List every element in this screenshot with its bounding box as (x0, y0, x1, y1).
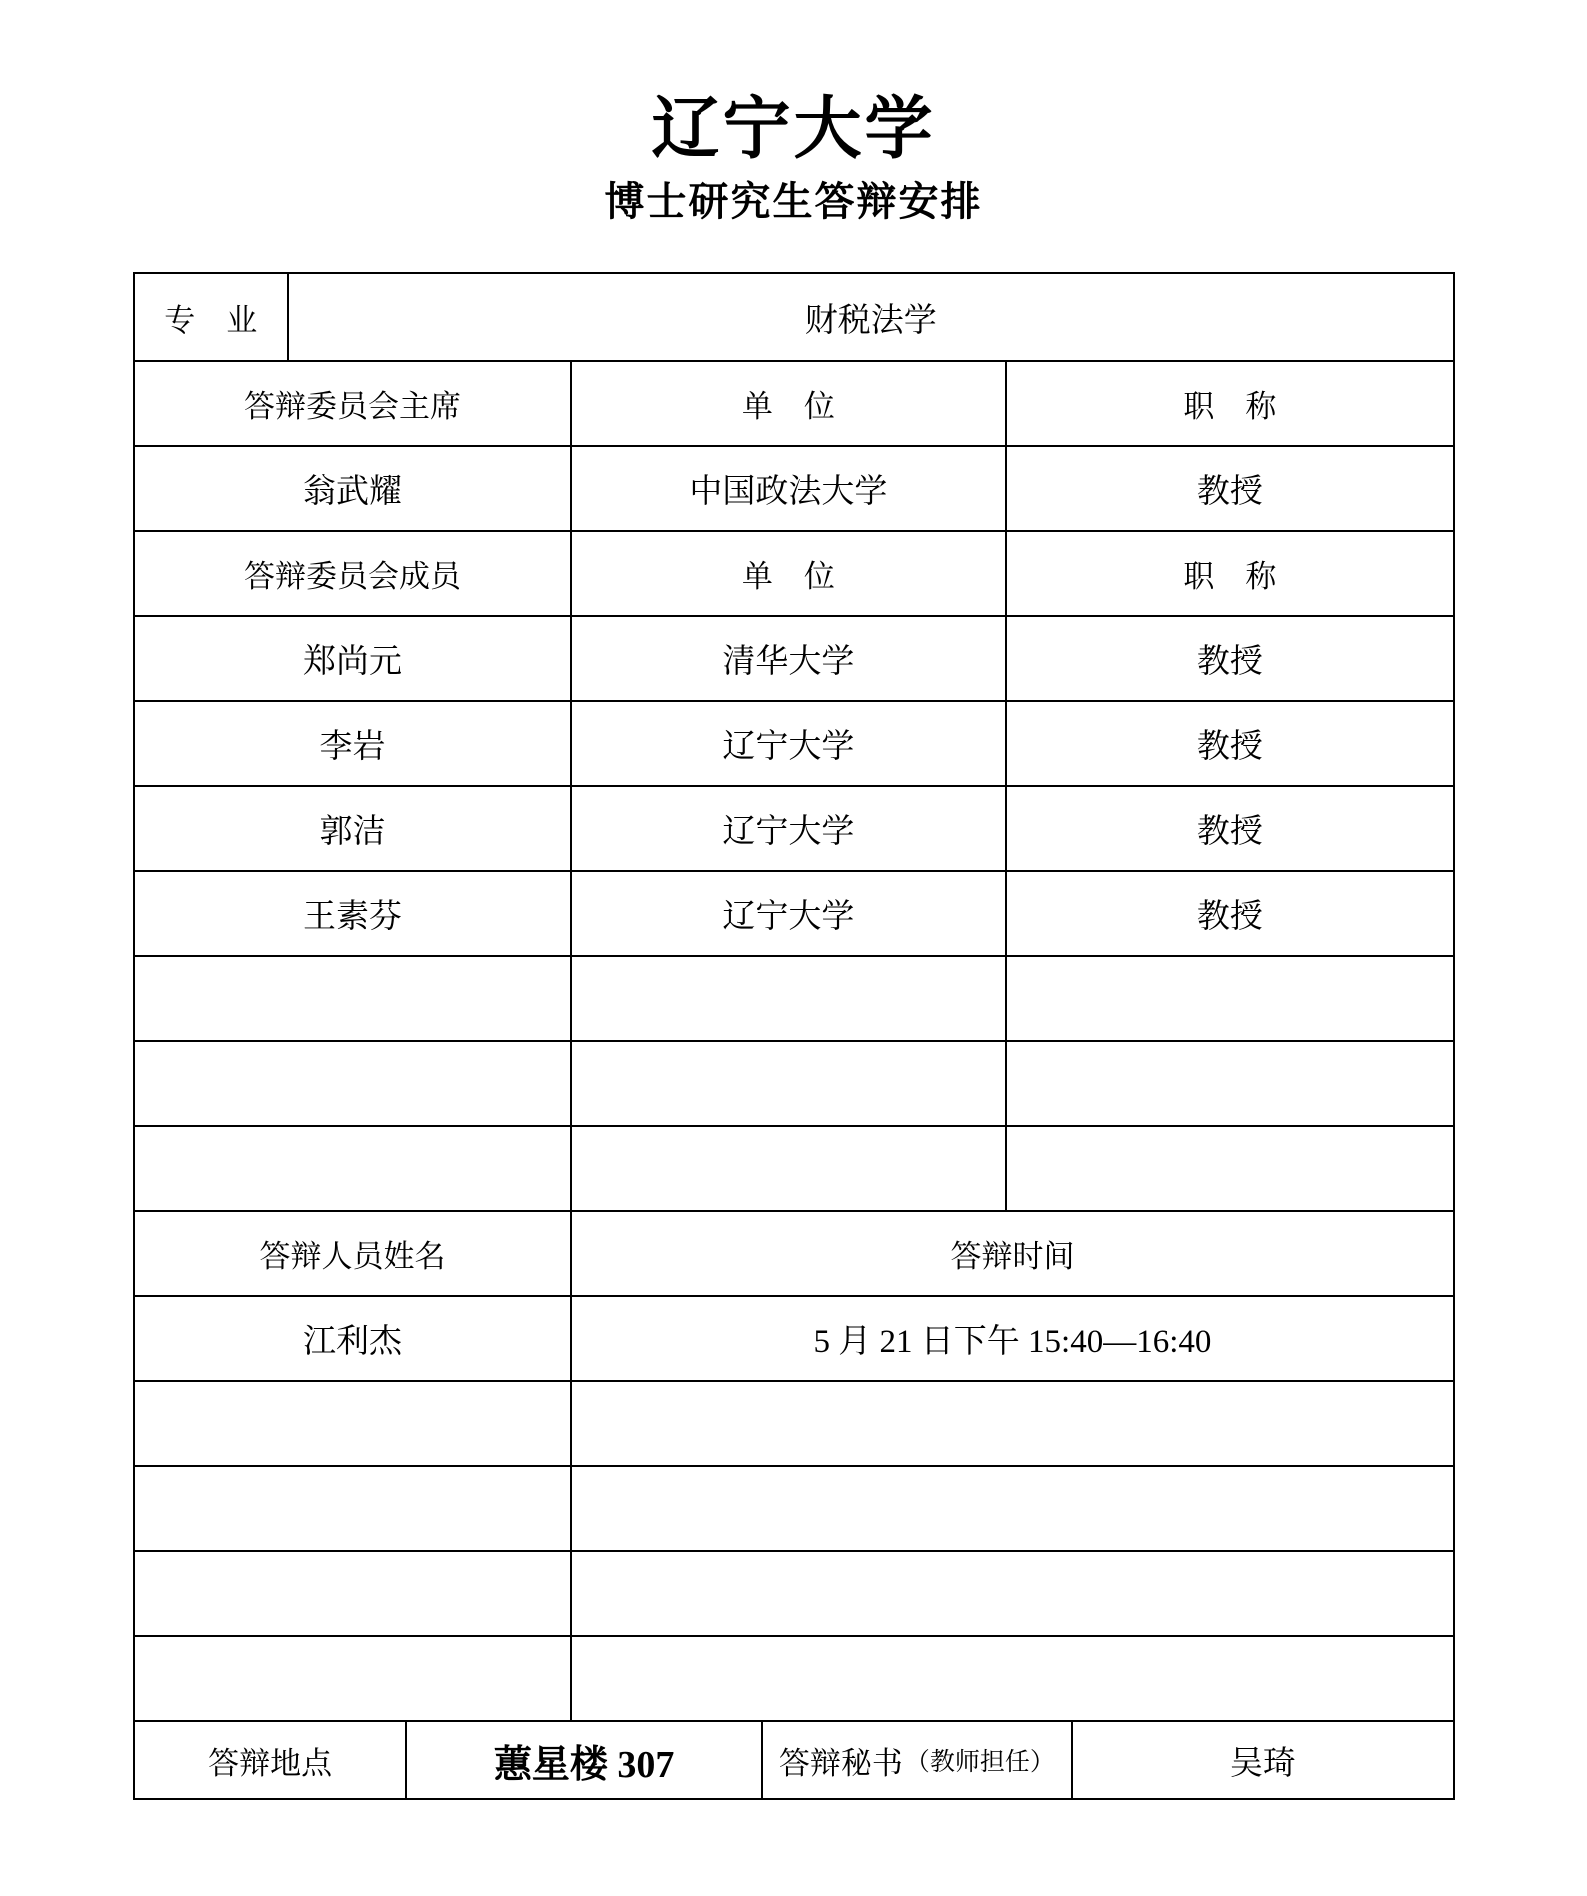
member-rank-cell (1005, 957, 1453, 1040)
member-row-empty (135, 1040, 1453, 1125)
defense-name-cell (135, 1552, 570, 1635)
member-name-cell: 王素芬 (135, 872, 570, 955)
defense-time-cell (570, 1467, 1453, 1550)
member-rank-cell (1005, 1042, 1453, 1125)
member-name-cell: 郑尚元 (135, 617, 570, 700)
member-unit-cell: 辽宁大学 (570, 787, 1005, 870)
defense-time-cell (570, 1382, 1453, 1465)
defense-time-cell (570, 1552, 1453, 1635)
defense-name-cell: 江利杰 (135, 1297, 570, 1380)
defense-time-cell: 5 月 21 日下午 15:40—16:40 (570, 1297, 1453, 1380)
member-row-empty (135, 955, 1453, 1040)
defense-header-time-cell: 答辩时间 (570, 1212, 1453, 1295)
member-header-title-cell: 答辩委员会成员 (135, 532, 570, 615)
chair-unit-cell: 中国政法大学 (570, 447, 1005, 530)
defense-header-row: 答辩人员姓名 答辩时间 (135, 1210, 1453, 1295)
member-rank-cell: 教授 (1005, 787, 1453, 870)
secretary-value-cell: 吴琦 (1071, 1722, 1453, 1798)
defense-row-empty (135, 1635, 1453, 1720)
footer-row: 答辩地点 蕙星楼 307 答辩秘书 （教师担任） 吴琦 (135, 1720, 1453, 1798)
major-value-cell: 财税法学 (287, 274, 1453, 360)
chair-header-row: 答辩委员会主席 单 位 职 称 (135, 360, 1453, 445)
defense-name-cell (135, 1467, 570, 1550)
defense-row-empty (135, 1550, 1453, 1635)
defense-row-empty (135, 1380, 1453, 1465)
defense-time-cell (570, 1637, 1453, 1720)
member-row: 郑尚元 清华大学 教授 (135, 615, 1453, 700)
member-rank-cell: 教授 (1005, 617, 1453, 700)
defense-name-cell (135, 1382, 570, 1465)
member-row: 王素芬 辽宁大学 教授 (135, 870, 1453, 955)
secretary-label-cell: 答辩秘书 （教师担任） (761, 1722, 1071, 1798)
member-name-cell: 郭洁 (135, 787, 570, 870)
member-name-cell (135, 1042, 570, 1125)
chair-header-unit-cell: 单 位 (570, 362, 1005, 445)
member-row: 李岩 辽宁大学 教授 (135, 700, 1453, 785)
member-name-cell (135, 957, 570, 1040)
document-subtitle: 博士研究生答辩安排 (0, 180, 1587, 224)
member-row-empty (135, 1125, 1453, 1210)
member-unit-cell: 辽宁大学 (570, 702, 1005, 785)
chair-rank-cell: 教授 (1005, 447, 1453, 530)
member-unit-cell: 辽宁大学 (570, 872, 1005, 955)
chair-name-cell: 翁武耀 (135, 447, 570, 530)
defense-schedule-table: 专 业 财税法学 答辩委员会主席 单 位 职 称 翁武耀 中国政法大学 教授 答… (133, 272, 1455, 1800)
member-rank-cell (1005, 1127, 1453, 1210)
defense-row-empty (135, 1465, 1453, 1550)
member-header-unit-cell: 单 位 (570, 532, 1005, 615)
member-rank-cell: 教授 (1005, 872, 1453, 955)
member-rank-cell: 教授 (1005, 702, 1453, 785)
member-unit-cell: 清华大学 (570, 617, 1005, 700)
defense-row: 江利杰 5 月 21 日下午 15:40—16:40 (135, 1295, 1453, 1380)
location-value-cell: 蕙星楼 307 (405, 1722, 761, 1798)
secretary-label-text: 答辩秘书 (779, 1738, 903, 1783)
major-label-cell: 专 业 (135, 274, 287, 360)
chair-row: 翁武耀 中国政法大学 教授 (135, 445, 1453, 530)
member-header-rank-cell: 职 称 (1005, 532, 1453, 615)
document-title: 辽宁大学 (0, 92, 1587, 167)
chair-header-title-cell: 答辩委员会主席 (135, 362, 570, 445)
member-name-cell (135, 1127, 570, 1210)
chair-header-rank-cell: 职 称 (1005, 362, 1453, 445)
member-unit-cell (570, 957, 1005, 1040)
defense-header-name-cell: 答辩人员姓名 (135, 1212, 570, 1295)
member-unit-cell (570, 1042, 1005, 1125)
member-row: 郭洁 辽宁大学 教授 (135, 785, 1453, 870)
document-page: 辽宁大学 博士研究生答辩安排 专 业 财税法学 答辩委员会主席 单 位 职 称 … (0, 0, 1587, 1896)
location-label-cell: 答辩地点 (135, 1722, 405, 1798)
member-name-cell: 李岩 (135, 702, 570, 785)
major-row: 专 业 财税法学 (135, 274, 1453, 360)
defense-name-cell (135, 1637, 570, 1720)
secretary-note-text: （教师担任） (905, 1742, 1055, 1778)
member-header-row: 答辩委员会成员 单 位 职 称 (135, 530, 1453, 615)
member-unit-cell (570, 1127, 1005, 1210)
